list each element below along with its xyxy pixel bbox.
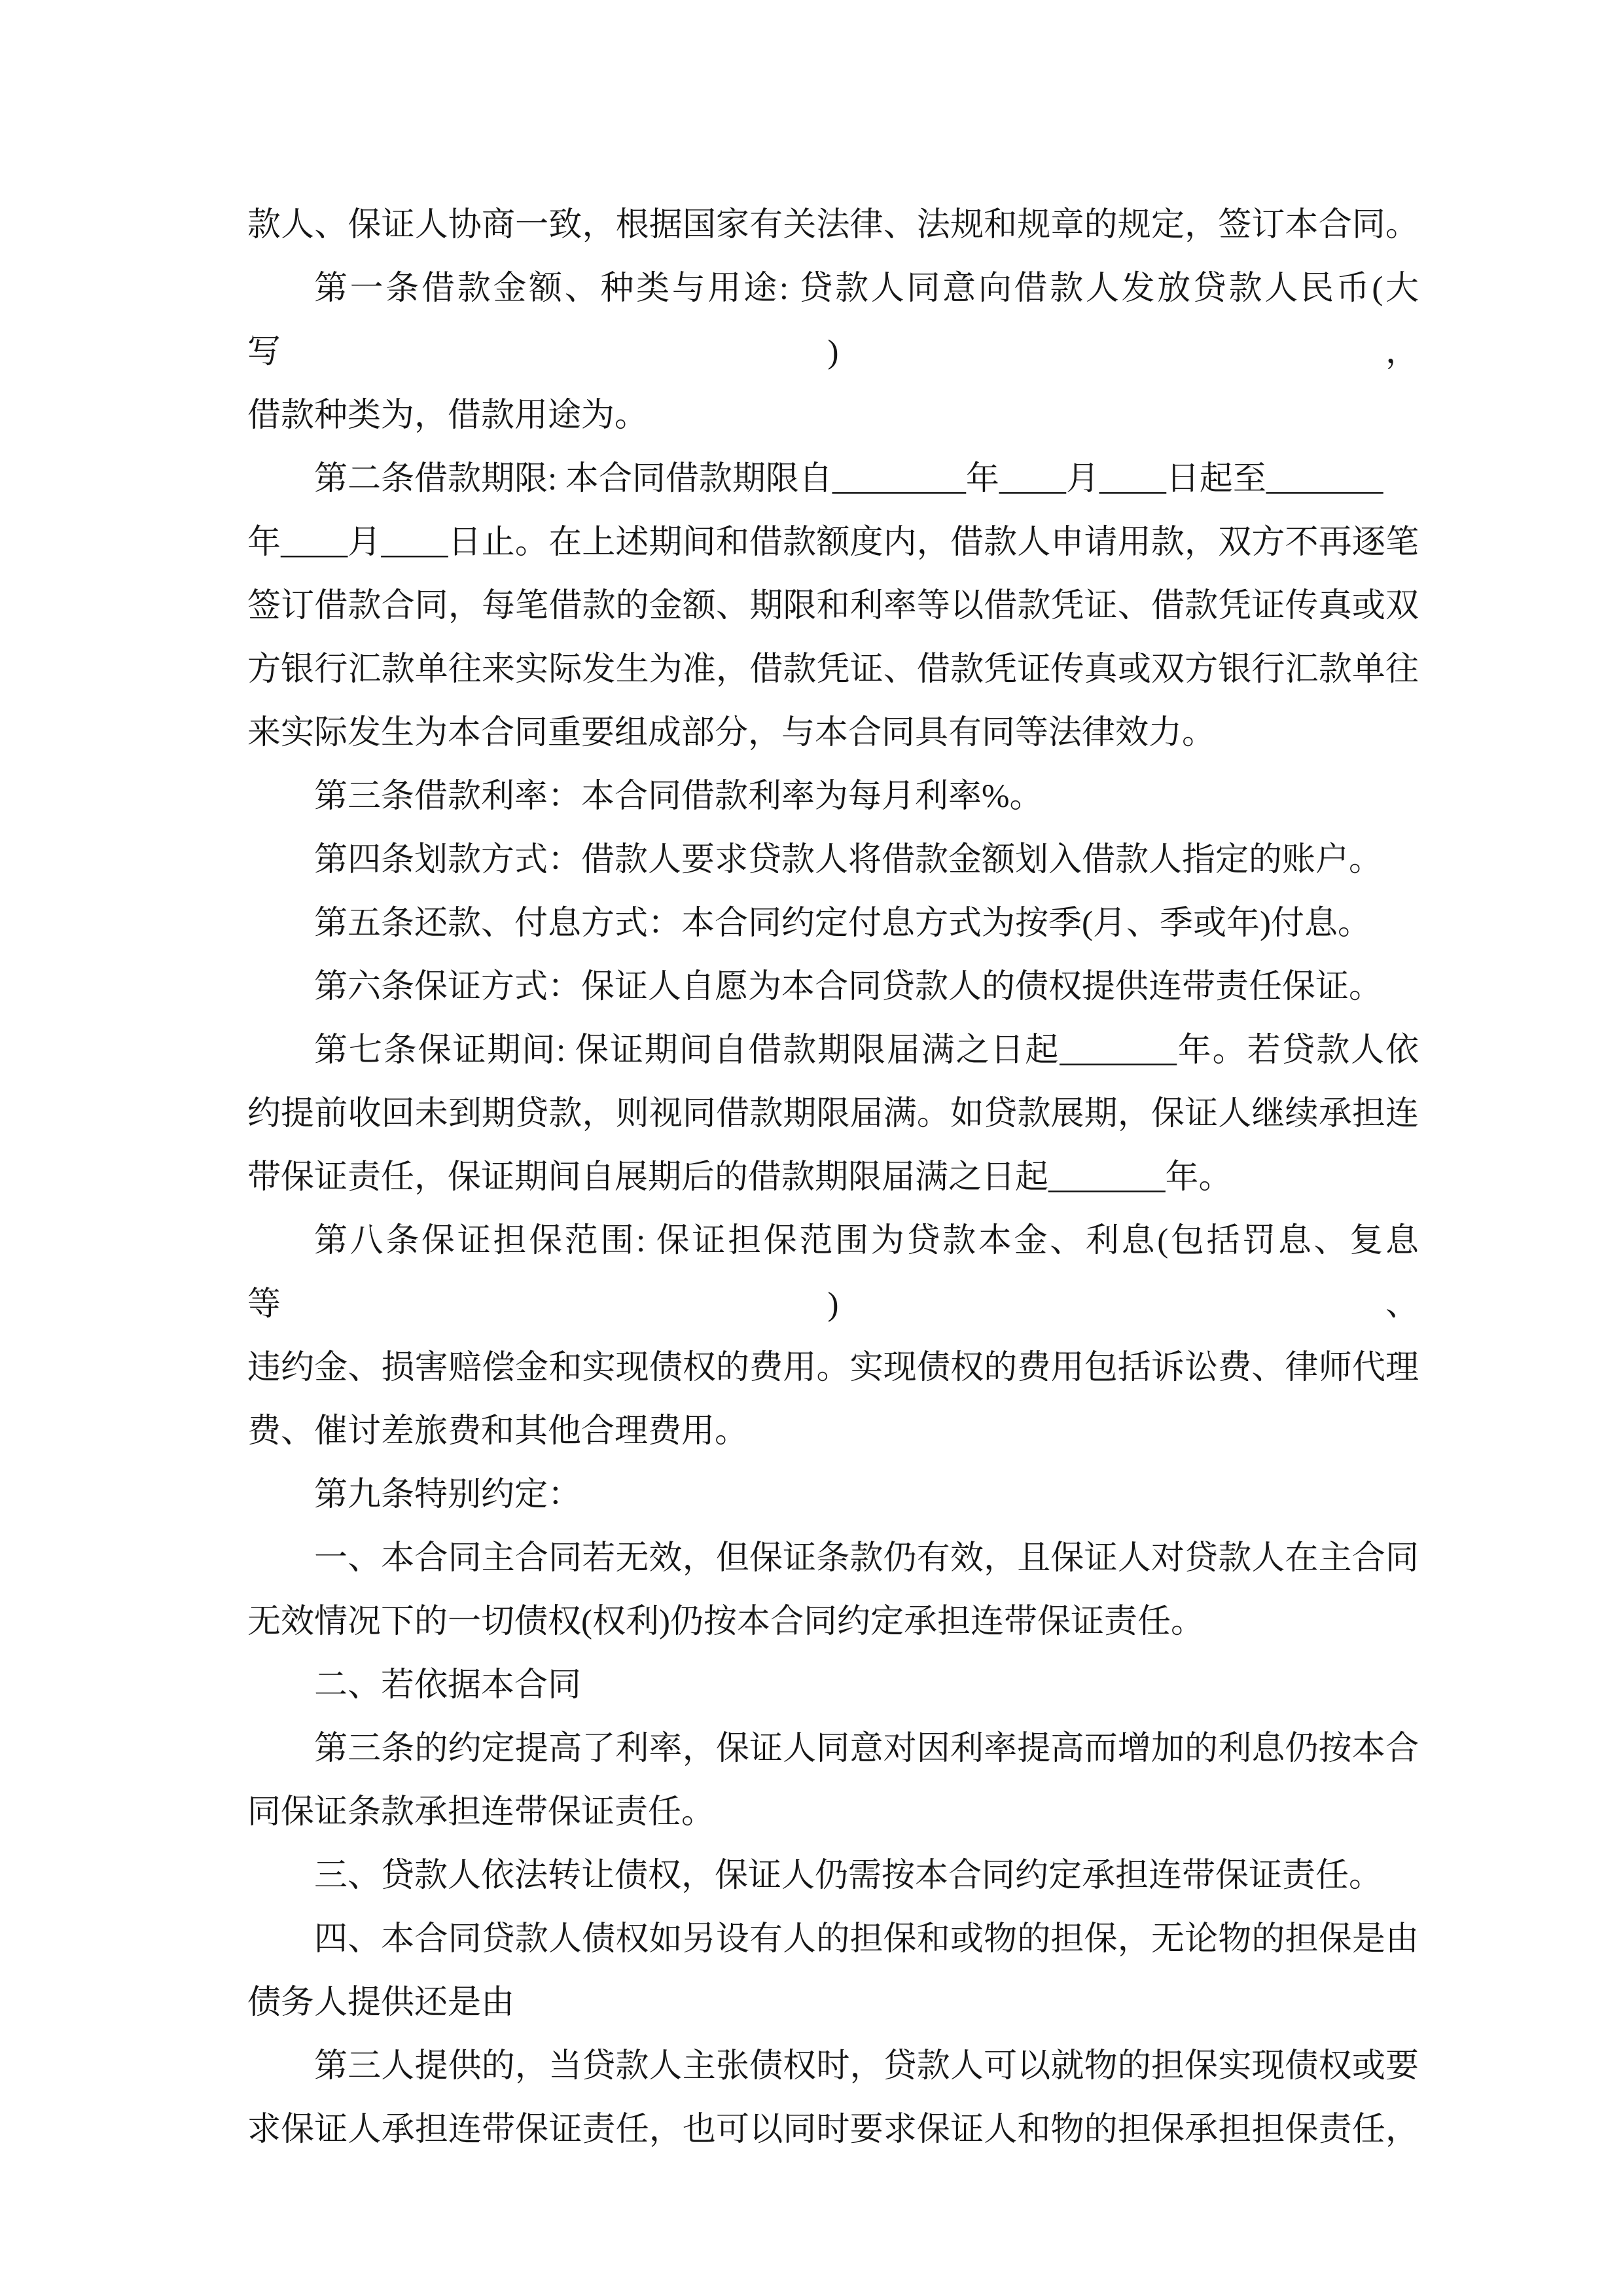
contract-line: 第九条特别约定： [247, 1463, 1419, 1527]
contract-line: 约提前收回未到期贷款，则视同借款期限届满。如贷款展期，保证人继续承担连 [247, 1083, 1419, 1146]
contract-line: 债务人提供还是由 [247, 1971, 1419, 2035]
contract-line: 一、本合同主合同若无效，但保证条款仍有效，且保证人对贷款人在主合同 [247, 1527, 1419, 1590]
contract-line: 费、催讨差旅费和其他合理费用。 [247, 1400, 1419, 1463]
contract-line: 第三条的约定提高了利率，保证人同意对因利率提高而增加的利息仍按本合 [247, 1717, 1419, 1781]
contract-line: 带保证责任，保证期间自展期后的借款期限届满之日起_______年。 [247, 1146, 1419, 1210]
contract-line: 签订借款合同，每笔借款的金额、期限和利率等以借款凭证、借款凭证传真或双 [247, 575, 1419, 638]
contract-line: 四、本合同贷款人债权如另设有人的担保和或物的担保，无论物的担保是由 [247, 1908, 1419, 1971]
contract-line: 第四条划款方式：借款人要求贷款人将借款金额划入借款人指定的账户。 [247, 829, 1419, 892]
contract-line: 第七条保证期间: 保证期间自借款期限届满之日起_______年。若贷款人依 [247, 1019, 1419, 1083]
contract-line: 三、贷款人依法转让债权，保证人仍需按本合同约定承担连带保证责任。 [247, 1844, 1419, 1908]
contract-line: 二、若依据本合同 [247, 1654, 1419, 1717]
contract-line: 求保证人承担连带保证责任，也可以同时要求保证人和物的担保承担担保责任， [247, 2098, 1419, 2162]
contract-line: 无效情况下的一切债权(权利)仍按本合同约定承担连带保证责任。 [247, 1590, 1419, 1654]
screenshot-root: { "page": { "background_color": "#ffffff… [0, 0, 1623, 2296]
contract-line: 第一条借款金额、种类与用途: 贷款人同意向借款人发放贷款人民币(大写)， [247, 257, 1419, 384]
contract-line: 同保证条款承担连带保证责任。 [247, 1781, 1419, 1844]
contract-line: 第二条借款期限: 本合同借款期限自________年____月____日起至__… [247, 448, 1419, 511]
contract-line: 第三人提供的，当贷款人主张债权时，贷款人可以就物的担保实现债权或要 [247, 2035, 1419, 2098]
contract-line: 来实际发生为本合同重要组成部分，与本合同具有同等法律效力。 [247, 702, 1419, 765]
contract-line: 第三条借款利率：本合同借款利率为每月利率%。 [247, 765, 1419, 829]
contract-line: 借款种类为，借款用途为。 [247, 384, 1419, 448]
contract-line: 第六条保证方式：保证人自愿为本合同贷款人的债权提供连带责任保证。 [247, 956, 1419, 1019]
contract-text-column: 款人、保证人协商一致，根据国家有关法律、法规和规章的规定，签订本合同。第一条借款… [247, 194, 1419, 2162]
contract-line: 违约金、损害赔偿金和实现债权的费用。实现债权的费用包括诉讼费、律师代理 [247, 1336, 1419, 1400]
contract-line: 方银行汇款单往来实际发生为准，借款凭证、借款凭证传真或双方银行汇款单往 [247, 638, 1419, 702]
contract-line: 款人、保证人协商一致，根据国家有关法律、法规和规章的规定，签订本合同。 [247, 194, 1419, 257]
contract-line: 第五条还款、付息方式：本合同约定付息方式为按季(月、季或年)付息。 [247, 892, 1419, 956]
contract-line: 年____月____日止。在上述期间和借款额度内，借款人申请用款，双方不再逐笔 [247, 511, 1419, 575]
document-page: 款人、保证人协商一致，根据国家有关法律、法规和规章的规定，签订本合同。第一条借款… [0, 0, 1623, 2296]
contract-line: 第八条保证担保范围: 保证担保范围为贷款本金、利息(包括罚息、复息等)、 [247, 1210, 1419, 1336]
